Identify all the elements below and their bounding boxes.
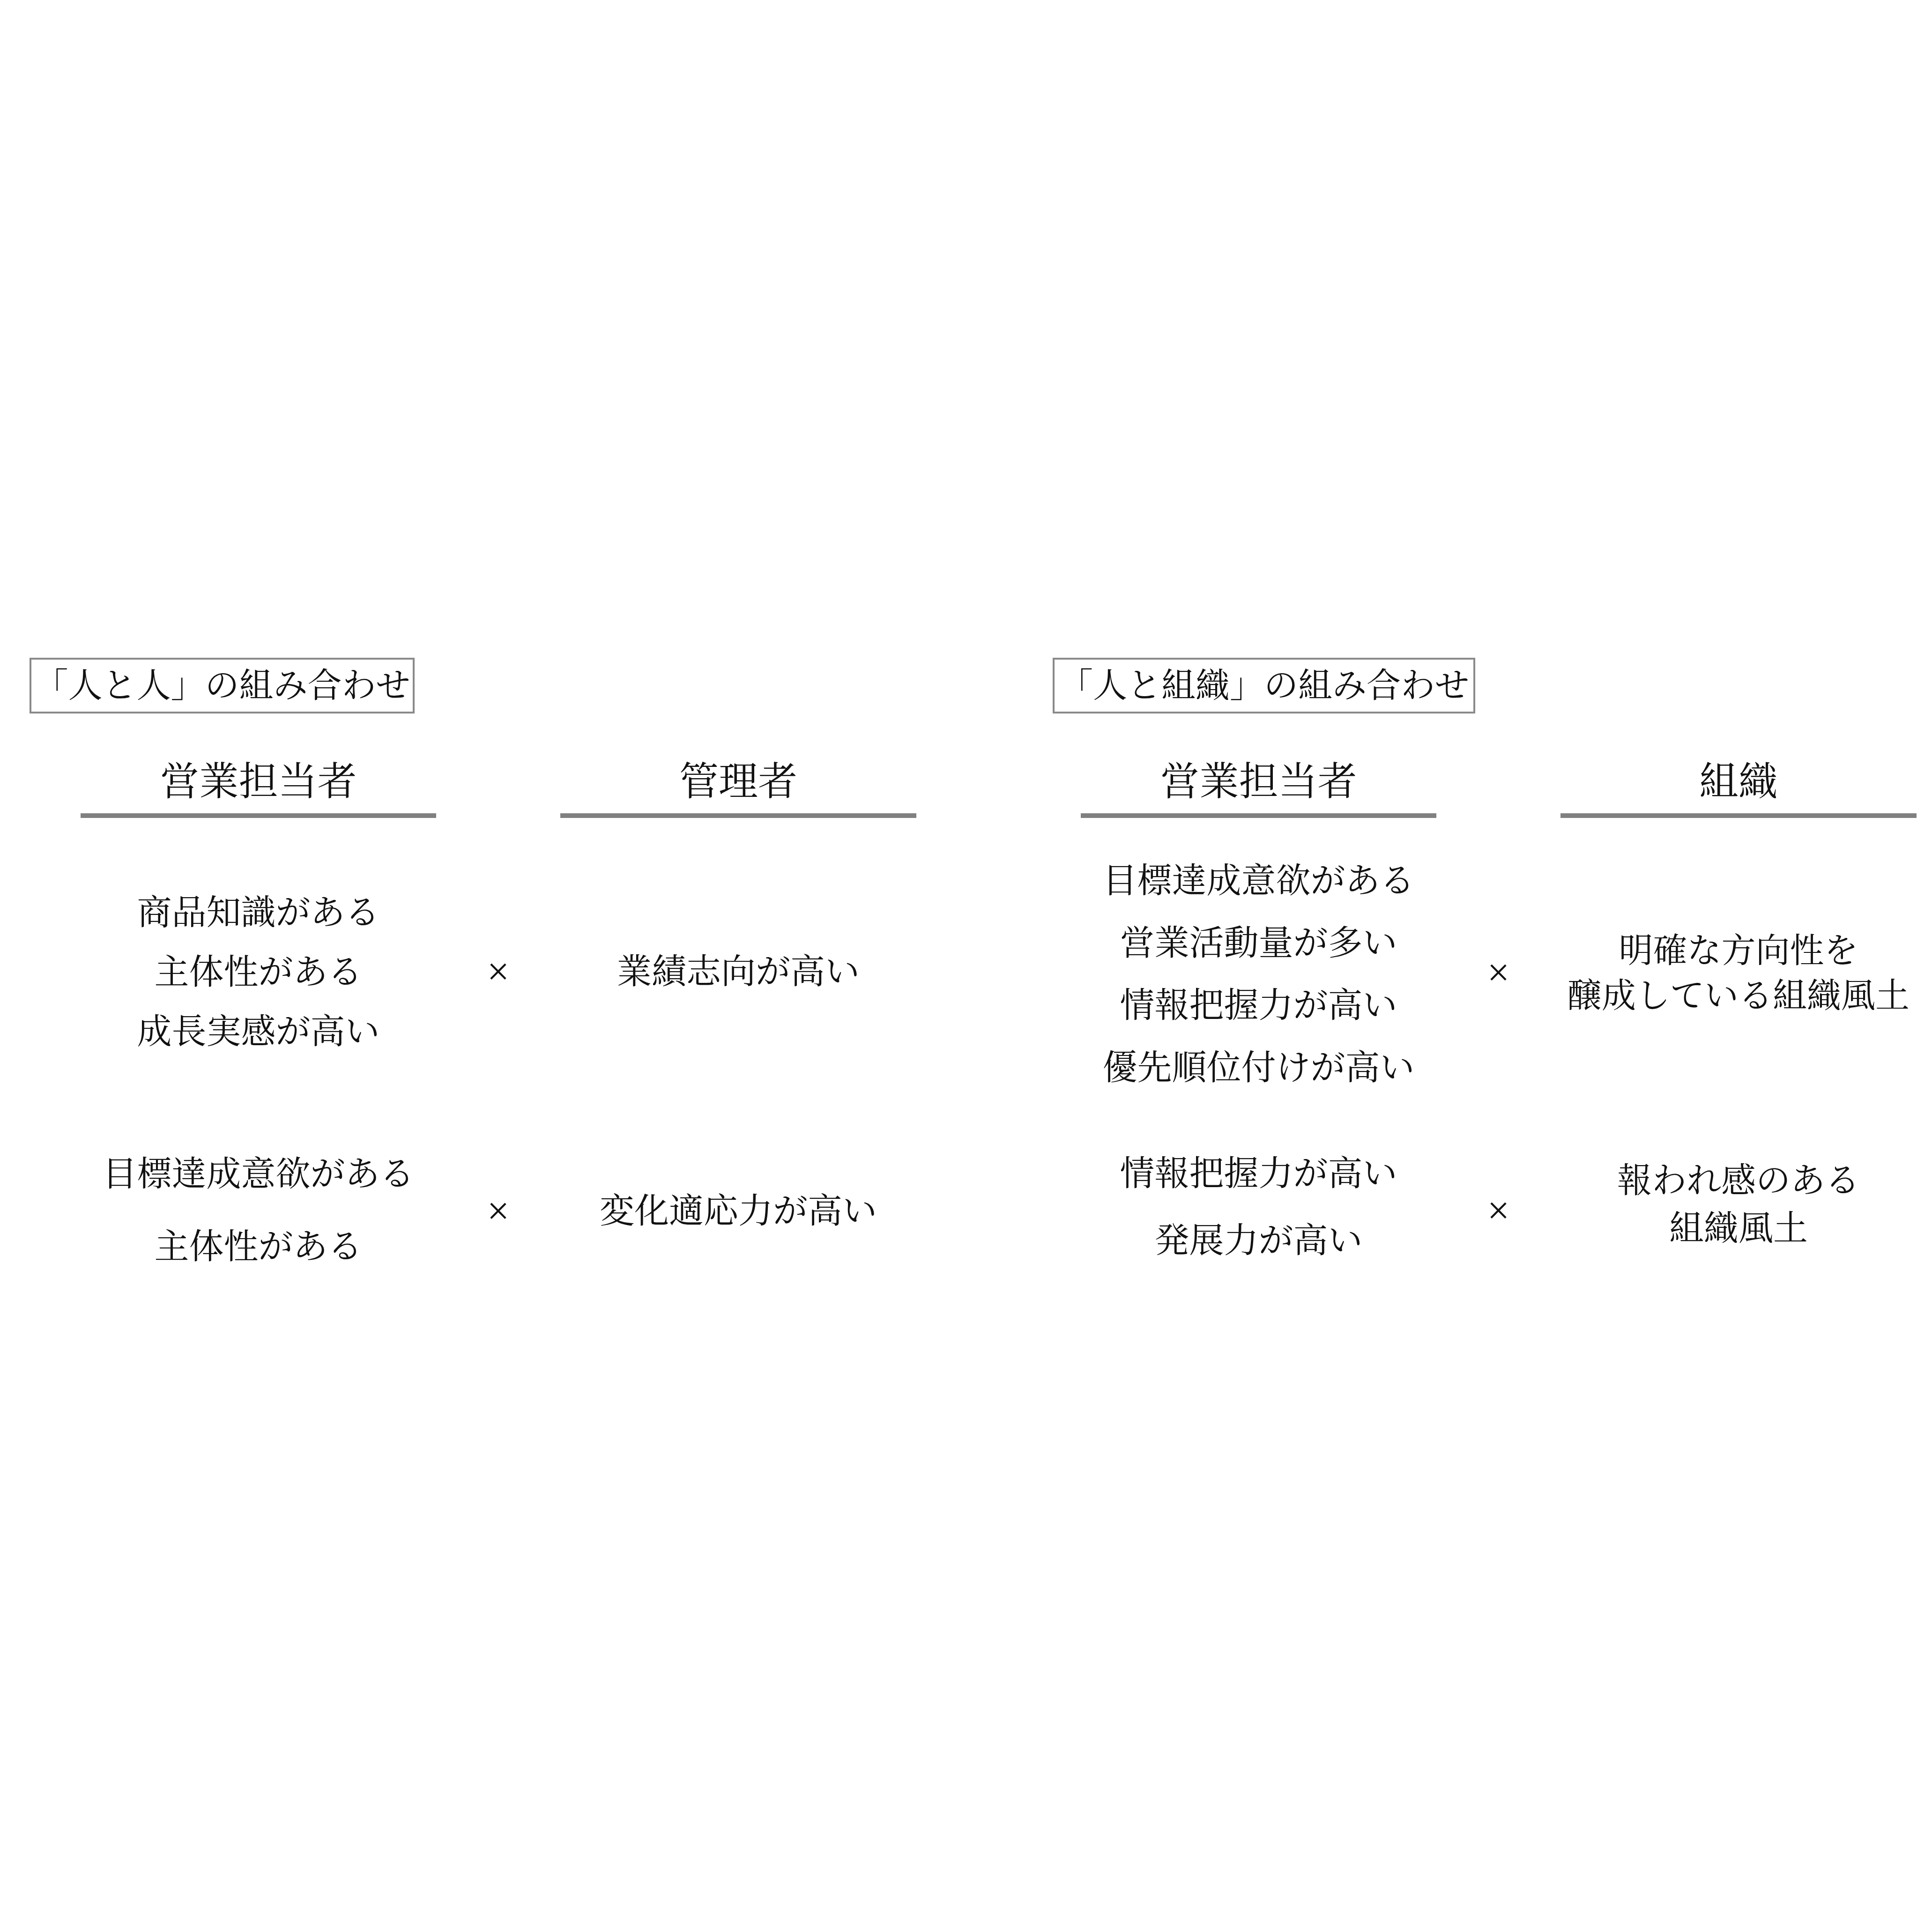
left-row1-attributes: 商品知識がある 主体性がある 成長実感が高い (81, 884, 436, 1062)
attribute-line: 組織風土 (1560, 1205, 1917, 1253)
attribute-line: 業績志向が高い (560, 943, 916, 1002)
multiplication-sign-icon: × (436, 1186, 560, 1237)
right-col2-underline (1560, 813, 1917, 818)
left-col1-underline (81, 813, 436, 818)
right-row1-attributes: 目標達成意欲がある 営業活動量が多い 情報把握力が高い 優先順位付けが高い (1081, 850, 1436, 1100)
right-row2-attributes: 情報把握力が高い 発展力が高い (1081, 1141, 1436, 1275)
attribute-line: 発展力が高い (1081, 1208, 1436, 1275)
right-row2-organization-attribute: 報われ感のある 組織風土 (1560, 1157, 1917, 1253)
multiplication-sign-icon: × (436, 946, 560, 998)
multiplication-sign-icon: × (1436, 1185, 1560, 1237)
left-section-title-box: 「人と人」の組み合わせ (30, 658, 415, 713)
figure-canvas: 「人と人」の組み合わせ 営業担当者 管理者 商品知識がある 主体性がある 成長実… (0, 0, 1932, 1932)
right-row1-organization-attribute: 明確な方向性を 醸成している組織風土 (1560, 929, 1917, 1018)
attribute-line: 醸成している組織風土 (1560, 973, 1917, 1018)
attribute-line: 商品知識がある (81, 884, 436, 943)
left-col2-header: 管理者 (560, 759, 916, 806)
attribute-line: 目標達成意欲がある (1081, 850, 1436, 913)
attribute-line: 営業活動量が多い (1081, 913, 1436, 975)
left-row1-manager-attribute: 業績志向が高い (560, 943, 916, 1002)
attribute-line: 主体性がある (81, 943, 436, 1003)
attribute-line: 情報把握力が高い (1081, 975, 1436, 1037)
attribute-line: 成長実感が高い (81, 1003, 436, 1062)
left-row2-attributes: 目標達成意欲がある 主体性がある (81, 1138, 436, 1284)
left-col2-underline (560, 813, 916, 818)
right-col1-header: 営業担当者 (1081, 759, 1436, 806)
attribute-line: 報われ感のある (1560, 1157, 1917, 1205)
attribute-line: 変化適応力が高い (560, 1182, 916, 1241)
attribute-line: 目標達成意欲がある (81, 1138, 436, 1211)
attribute-line: 主体性がある (81, 1211, 436, 1284)
attribute-line: 情報把握力が高い (1081, 1141, 1436, 1208)
attribute-line: 優先順位付けが高い (1081, 1037, 1436, 1100)
multiplication-sign-icon: × (1436, 947, 1560, 999)
attribute-line: 明確な方向性を (1560, 929, 1917, 973)
right-col1-underline (1081, 813, 1436, 818)
left-col1-header: 営業担当者 (81, 759, 436, 806)
left-row2-manager-attribute: 変化適応力が高い (560, 1182, 916, 1241)
right-col2-header: 組織 (1560, 759, 1917, 806)
right-section-title-box: 「人と組織」の組み合わせ (1053, 658, 1475, 713)
